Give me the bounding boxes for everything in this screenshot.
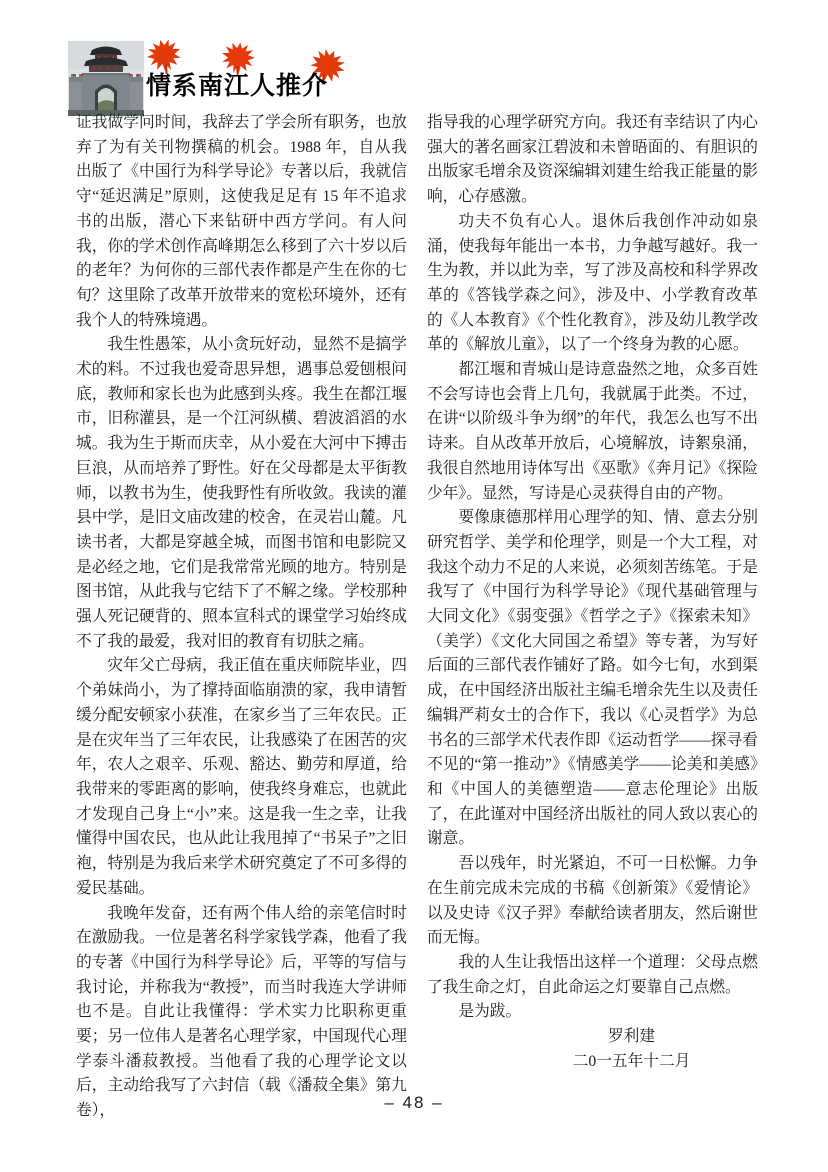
page-number: – 48 – xyxy=(0,1093,828,1113)
left-column: 证我做学问时间，我辞去了学会所有职务，也放弃了为有关刊物撰稿的机会。1988 年… xyxy=(76,111,407,1124)
signature-block: 罗利建 二0一五年十二月 xyxy=(427,1025,758,1074)
body-paragraph: 我的人生让我悟出这样一个道理：父母点燃了我生命之灯，自此命运之灯要靠自己点燃。 xyxy=(427,951,758,1000)
body-paragraph: 功夫不负有心人。退休后我创作冲动如泉涌，使我每年能出一本书，力争越写越好。我一生… xyxy=(427,210,758,358)
body-paragraph: 都江堰和青城山是诗意盎然之地，众多百姓不会写诗也会背上几句，我就属于此类。不过，… xyxy=(427,358,758,506)
author-name: 罗利建 xyxy=(505,1025,758,1050)
document-page: 情系南江人推介 证我做学问时间，我辞去了学会所有职务，也放弃了为有关刊物撰稿的机… xyxy=(0,0,828,1172)
city-gate-photo xyxy=(68,41,144,116)
signature-date: 二0一五年十二月 xyxy=(505,1050,758,1075)
body-paragraph: 我生性愚笨，从小贪玩好动，显然不是搞学术的料。不过我也爱奇思异想，遇事总爱刨根问… xyxy=(76,333,407,654)
body-paragraph: 灾年父亡母病，我正值在重庆师院毕业，四个弟妹尚小，为了撑持面临崩溃的家，我申请暂… xyxy=(76,654,407,901)
body-paragraph: 指导我的心理学研究方向。我还有幸结识了内心强大的著名画家江碧波和未曾晤面的、有胆… xyxy=(427,111,758,210)
section-title: 情系南江人推介 xyxy=(146,66,328,102)
body-paragraph: 是为跋。 xyxy=(427,1000,758,1025)
body-paragraph: 我晚年发奋，还有两个伟人给的亲笔信时时在激励我。一位是著名科学家钱学森，他看了我… xyxy=(76,902,407,1124)
body-paragraph: 证我做学问时间，我辞去了学会所有职务，也放弃了为有关刊物撰稿的机会。1988 年… xyxy=(76,111,407,333)
right-column: 指导我的心理学研究方向。我还有幸结识了内心强大的著名画家江碧波和未曾晤面的、有胆… xyxy=(427,111,758,1074)
body-paragraph: 要像康德那样用心理学的知、情、意去分别研究哲学、美学和伦理学，则是一个大工程，对… xyxy=(427,506,758,852)
body-paragraph: 吾以残年，时光紧迫，不可一日松懈。力争在生前完成未完成的书稿《创新策》《爱情论》… xyxy=(427,852,758,951)
